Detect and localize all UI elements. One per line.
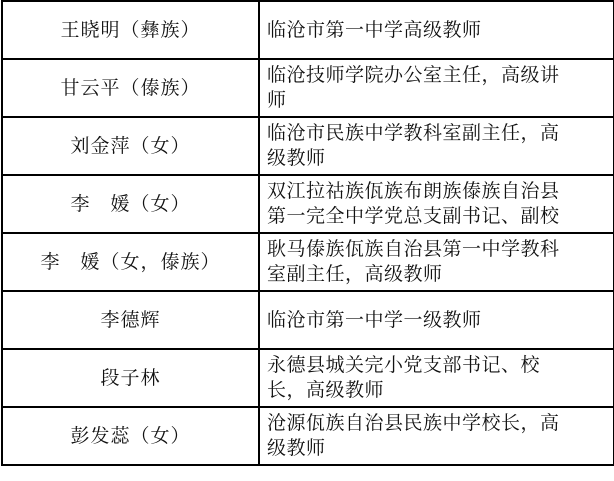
person-name: 李 媛（女） xyxy=(70,193,190,215)
name-cell: 李 媛（女，傣族） xyxy=(2,233,259,291)
person-name: 李德辉 xyxy=(100,309,160,331)
table-row: 李 媛（女） 双江拉祜族佤族布朗族傣族自治县第一完全中学党总支副书记、副校 xyxy=(2,175,614,233)
position-cell: 沧源佤族自治县民族中学校长，高级教师 xyxy=(259,407,614,465)
person-position: 临沧技师学院办公室主任，高级讲师 xyxy=(260,63,613,113)
position-cell: 临沧市第一中学一级教师 xyxy=(259,291,614,349)
person-name: 王晓明（彝族） xyxy=(60,19,200,41)
person-position: 双江拉祜族佤族布朗族傣族自治县第一完全中学党总支副书记、副校 xyxy=(260,179,613,229)
position-cell: 临沧技师学院办公室主任，高级讲师 xyxy=(259,59,614,117)
person-name: 彭发蕊（女） xyxy=(70,425,190,447)
person-name: 刘金萍（女） xyxy=(70,135,190,157)
position-cell: 永德县城关完小党支部书记、校长，高级教师 xyxy=(259,349,614,407)
position-cell: 临沧市第一中学高级教师 xyxy=(259,1,614,59)
personnel-table: 王晓明（彝族） 临沧市第一中学高级教师 甘云平（傣族） 临沧技师学院办公室主任，… xyxy=(1,0,614,466)
person-position: 临沧市民族中学教科室副主任，高级教师 xyxy=(260,121,613,171)
person-position: 临沧市第一中学高级教师 xyxy=(260,18,613,43)
person-position: 临沧市第一中学一级教师 xyxy=(260,308,613,333)
table-row: 李 媛（女，傣族） 耿马傣族佤族自治县第一中学教科室副主任，高级教师 xyxy=(2,233,614,291)
person-name: 甘云平（傣族） xyxy=(60,77,200,99)
name-cell: 段子林 xyxy=(2,349,259,407)
person-position: 永德县城关完小党支部书记、校长，高级教师 xyxy=(260,353,613,403)
name-cell: 彭发蕊（女） xyxy=(2,407,259,465)
name-cell: 甘云平（傣族） xyxy=(2,59,259,117)
position-cell: 耿马傣族佤族自治县第一中学教科室副主任，高级教师 xyxy=(259,233,614,291)
person-name: 李 媛（女，傣族） xyxy=(40,251,220,273)
table-row: 段子林 永德县城关完小党支部书记、校长，高级教师 xyxy=(2,349,614,407)
person-position: 耿马傣族佤族自治县第一中学教科室副主任，高级教师 xyxy=(260,237,613,287)
name-cell: 李德辉 xyxy=(2,291,259,349)
position-cell: 双江拉祜族佤族布朗族傣族自治县第一完全中学党总支副书记、副校 xyxy=(259,175,614,233)
position-cell: 临沧市民族中学教科室副主任，高级教师 xyxy=(259,117,614,175)
name-cell: 王晓明（彝族） xyxy=(2,1,259,59)
table-row: 彭发蕊（女） 沧源佤族自治县民族中学校长，高级教师 xyxy=(2,407,614,465)
table-row: 刘金萍（女） 临沧市民族中学教科室副主任，高级教师 xyxy=(2,117,614,175)
name-cell: 李 媛（女） xyxy=(2,175,259,233)
table-row: 王晓明（彝族） 临沧市第一中学高级教师 xyxy=(2,1,614,59)
table-row: 甘云平（傣族） 临沧技师学院办公室主任，高级讲师 xyxy=(2,59,614,117)
name-cell: 刘金萍（女） xyxy=(2,117,259,175)
person-position: 沧源佤族自治县民族中学校长，高级教师 xyxy=(260,411,613,461)
person-name: 段子林 xyxy=(100,367,160,389)
table-row: 李德辉 临沧市第一中学一级教师 xyxy=(2,291,614,349)
